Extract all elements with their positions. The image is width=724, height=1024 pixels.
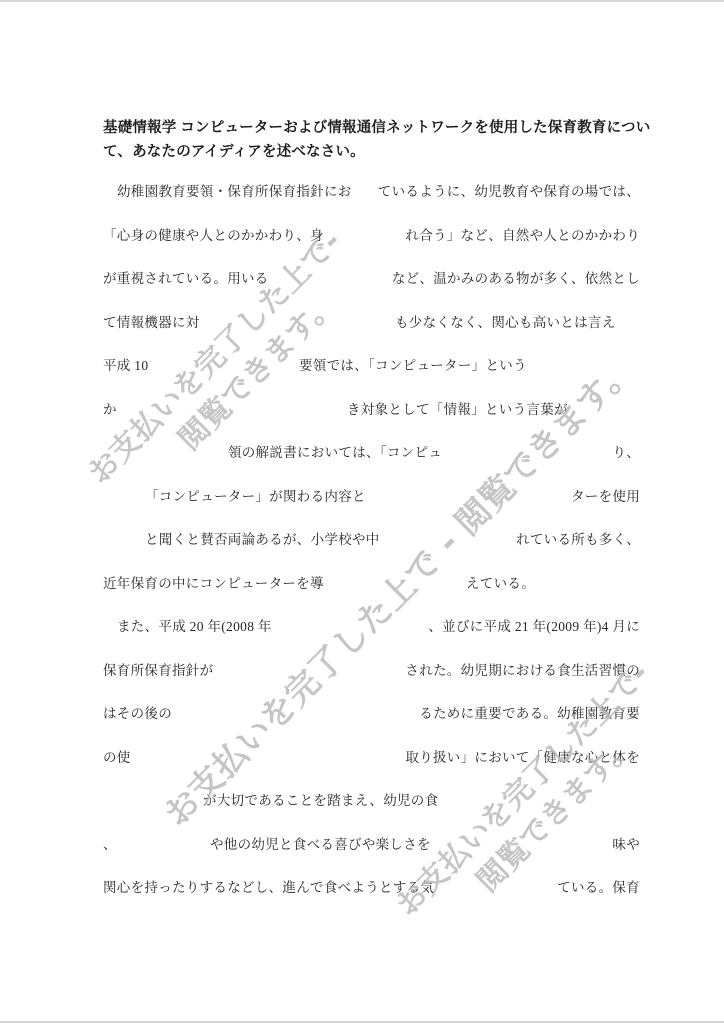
- text-fragment: ているように、幼児教育や保育の場では、: [378, 180, 640, 200]
- text-fragment: えている。: [466, 572, 535, 592]
- text-fragment: 、並びに平成 21 年(2009 年)4 月に: [428, 615, 640, 635]
- text-fragment: れている所も多く、: [516, 528, 640, 548]
- text-fragment: や他の幼児と食べる喜びや楽しさを: [210, 833, 431, 853]
- text-fragment: て情報機器に対: [103, 311, 200, 331]
- text-fragment: 「心身の健康や人とのかかわり、身: [103, 224, 324, 244]
- text-fragment: も少なくなく、関心も高いとは言え: [395, 311, 616, 331]
- text-fragment: 「コンピューター」が関わる内容と: [145, 485, 366, 505]
- text-fragment: か: [103, 398, 117, 418]
- text-fragment: など、温かみのある物が多く、依然とし: [392, 267, 640, 287]
- text-fragment: 幼稚園教育要領・保育所保育指針にお: [117, 180, 352, 200]
- text-fragment: された。幼児期における食生活習慣の: [405, 659, 640, 679]
- body-line: と聞くと賛否両論あるが、小学校や中れている所も多く、: [103, 528, 640, 548]
- document-page: 基礎情報学 コンピューターおよび情報通信ネットワークを使用した保育教育につい て…: [0, 0, 724, 1024]
- body-line: はその後のるために重要である。幼稚園教育要: [103, 702, 640, 722]
- body-line: 近年保育の中にコンピューターを導えている。: [103, 572, 640, 592]
- text-fragment: り、: [612, 441, 640, 461]
- text-fragment: 領の解説書においては、「コンピュ: [228, 441, 442, 461]
- body-line: 平成 10要領では、「コンピューター」という: [103, 354, 640, 374]
- document-body: 幼稚園教育要領・保育所保育指針におているように、幼児教育や保育の場では、「心身の…: [0, 0, 724, 1024]
- body-line: て情報機器に対も少なくなく、関心も高いとは言え: [103, 311, 640, 331]
- body-line: 、や他の幼児と食べる喜びや楽しさを味や: [103, 833, 640, 853]
- text-fragment: 平成 10: [103, 354, 148, 374]
- text-fragment: れ合う」など、自然や人とのかかわり: [405, 224, 640, 244]
- text-fragment: ターを使用: [571, 485, 640, 505]
- text-fragment: 近年保育の中にコンピューターを導: [103, 572, 324, 592]
- text-fragment: 関心を持ったりするなどし、進んで食べようとする気: [103, 876, 434, 896]
- body-line: 領の解説書においては、「コンピュり、: [103, 441, 640, 461]
- text-fragment: 要領では、「コンピューター」という: [299, 354, 527, 374]
- body-line: 「心身の健康や人とのかかわり、身れ合う」など、自然や人とのかかわり: [103, 224, 640, 244]
- text-fragment: が重視されている。用いる: [103, 267, 269, 287]
- body-line: 幼稚園教育要領・保育所保育指針におているように、幼児教育や保育の場では、: [103, 180, 640, 200]
- body-line: 「コンピューター」が関わる内容とターを使用: [103, 485, 640, 505]
- text-fragment: と聞くと賛否両論あるが、小学校や中: [145, 528, 380, 548]
- body-line: が大切であることを踏まえ、幼児の食: [103, 789, 640, 809]
- text-fragment: はその後の: [103, 702, 172, 722]
- text-fragment: 取り扱い」において「健康な心と体を: [405, 746, 640, 766]
- text-fragment: 、: [103, 833, 117, 853]
- body-line: 保育所保育指針がされた。幼児期における食生活習慣の: [103, 659, 640, 679]
- text-fragment: ている。保育: [557, 876, 640, 896]
- text-fragment: が大切であることを踏まえ、幼児の食: [203, 789, 438, 809]
- body-line: の使取り扱い」において「健康な心と体を: [103, 746, 640, 766]
- text-fragment: るために重要である。幼稚園教育要: [419, 702, 640, 722]
- text-fragment: 保育所保育指針が: [103, 659, 213, 679]
- body-line: が重視されている。用いるなど、温かみのある物が多く、依然とし: [103, 267, 640, 287]
- text-fragment: また、平成 20 年(2008 年: [117, 615, 272, 635]
- body-line: 関心を持ったりするなどし、進んで食べようとする気ている。保育: [103, 876, 640, 896]
- text-fragment: き対象として「情報」という言葉が: [347, 398, 568, 418]
- text-fragment: 味や: [612, 833, 640, 853]
- text-fragment: の使: [103, 746, 131, 766]
- body-line: また、平成 20 年(2008 年、並びに平成 21 年(2009 年)4 月に: [103, 615, 640, 635]
- body-line: かき対象として「情報」という言葉が: [103, 398, 640, 418]
